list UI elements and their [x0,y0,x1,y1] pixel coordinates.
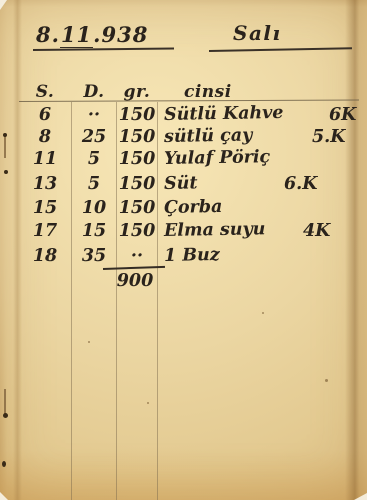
table-row: 8 25 150 sütlü çay 5.K [0,127,367,151]
cell-hour: 17 [22,221,68,241]
date-underline [33,48,174,51]
cell-price: 6K [329,105,356,125]
cell-minute: 10 [73,198,115,218]
cell-minute: 15 [73,221,115,241]
cell-grams: 150 [115,198,159,218]
col-header-minutes: D. [73,82,115,102]
paper-speckle [147,402,149,404]
cell-item: Sütlü Kahve [164,103,284,125]
staple-mark [2,461,6,467]
cell-grams: 150 [115,174,159,194]
cell-hour: 15 [22,198,68,218]
table-row: 13 5 150 Süt 6.K [0,174,367,198]
cell-grams: 150 [115,105,159,125]
staple-mark [4,389,6,416]
table-row: 18 35 ·· 1 Buz [0,246,367,270]
date-year: .938 [93,22,148,47]
date-day: 8. [36,22,60,47]
cell-item: Çorba [164,197,223,218]
table-row: 6 ·· 150 Sütlü Kahve 6K [0,105,367,129]
cell-price: 5.K [312,127,345,147]
cell-hour: 11 [22,149,68,169]
cell-price: 4K [303,221,330,241]
cell-item: Elma suyu [164,219,266,241]
table-row: 15 10 150 Çorba [0,198,367,222]
cell-grams: ·· [115,246,159,266]
cell-grams: 150 [115,127,159,147]
scan-corner [0,492,8,500]
cell-item: 1 Buz [164,245,220,266]
cell-item: Yulaf Pöriç [164,147,271,169]
table-row: 17 15 150 Elma suyu 4K [0,221,367,245]
cell-hour: 13 [22,174,68,194]
cell-minute: ·· [73,105,115,125]
table-row: 11 5 150 Yulaf Pöriç [0,149,367,173]
cell-hour: 18 [22,246,68,266]
cell-price: 6.K [284,174,317,194]
cell-minute: 35 [73,246,115,266]
scan-corner [0,0,7,10]
cell-item: sütlü çay [164,125,253,147]
cell-item: Süt [164,173,198,194]
cell-grams: 150 [115,149,159,169]
date-month: 11 [60,22,93,48]
paper-speckle [88,341,90,343]
col-header-hours: S. [22,82,68,102]
cell-hour: 8 [22,127,68,147]
paper-speckle [262,312,264,314]
paper-speckle [325,379,328,382]
col-header-kind: cinsi [184,82,232,102]
cell-minute: 25 [73,127,115,147]
total-grams: 900 [110,271,160,291]
col-header-grams: gr. [115,82,159,102]
weekday-text: Salı [233,21,282,45]
cell-grams: 150 [115,221,159,241]
staple-mark [3,413,8,418]
cell-minute: 5 [73,174,115,194]
weekday-underline [209,47,352,51]
cell-hour: 6 [22,105,68,125]
date-text: 8.11.938 [36,22,148,47]
notebook-page: 8.11.938 Salı S. D. gr. cinsi 6 ·· 150 S… [0,0,367,500]
cell-minute: 5 [73,149,115,169]
